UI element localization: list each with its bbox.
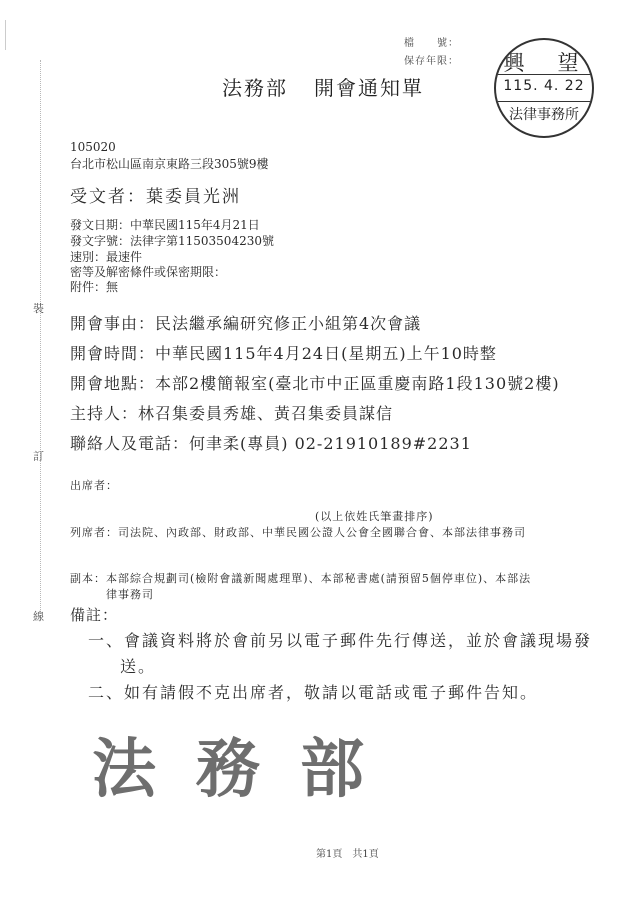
addressee: 受文者：葉委員光洲 bbox=[70, 182, 241, 207]
order-note: (以上依姓氏筆畫排序) bbox=[315, 508, 434, 524]
page-info: 第1頁 共1頁 bbox=[316, 845, 379, 860]
remark-item-1: 一、會議資料將於會前另以電子郵件先行傳送，並於會議現場發 bbox=[88, 628, 592, 651]
file-number-label: 檔 號： bbox=[404, 34, 459, 49]
meeting-time: 開會時間：中華民國115年4月24日(星期五)上午10時整 bbox=[70, 341, 497, 364]
remark-item-2: 二、如有請假不克出席者，敬請以電話或電子郵件告知。 bbox=[88, 680, 538, 703]
copies-line-1: 副本：本部綜合規劃司(檢附會議新聞處理單)、本部秘書處(請預留5個停車位)、本部… bbox=[70, 570, 531, 586]
remark-item-1-cont: 送。 bbox=[120, 654, 156, 677]
stamp-date: 115. 4. 22 bbox=[496, 78, 592, 94]
title-doc-type: 開會通知單 bbox=[314, 76, 424, 100]
copies-line-2: 律事務司 bbox=[106, 586, 154, 602]
remarks-label: 備註： bbox=[70, 604, 118, 625]
dispatch-number: 發文字號：法律字第11503504230號 bbox=[70, 232, 274, 249]
binding-mark-xian: 線 bbox=[33, 608, 44, 624]
recipient-address: 台北市松山區南京東路三段305號9樓 bbox=[70, 155, 269, 172]
addressee-name: 葉委員光洲 bbox=[146, 187, 241, 207]
attachment: 附件：無 bbox=[70, 278, 118, 295]
addressee-label: 受文者： bbox=[70, 187, 146, 207]
dispatch-date: 發文日期：中華民國115年4月21日 bbox=[70, 216, 260, 233]
meeting-contact: 聯絡人及電話：何聿柔(專員) 02-21910189#2231 bbox=[70, 431, 472, 454]
stamp-office: 法律事務所 bbox=[496, 104, 592, 124]
postal-code: 105020 bbox=[70, 140, 116, 154]
retention-label: 保存年限： bbox=[404, 52, 459, 67]
agency-seal: 法務部 bbox=[92, 718, 404, 810]
meeting-subject: 開會事由：民法繼承編研究修正小組第4次會議 bbox=[70, 311, 421, 334]
attendees-label: 出席者： bbox=[70, 477, 118, 493]
binding-mark-ding: 訂 bbox=[33, 448, 44, 464]
observers: 列席者：司法院、內政部、財政部、中華民國公證人公會全國聯合會、本部法律事務司 bbox=[70, 524, 526, 540]
meeting-location: 開會地點：本部2樓簡報室(臺北市中正區重慶南路1段130號2樓) bbox=[70, 371, 560, 394]
scan-mark bbox=[5, 20, 6, 50]
binding-mark-zhuang: 裝 bbox=[33, 300, 44, 316]
meeting-chair: 主持人：林召集委員秀雄、黃召集委員謀信 bbox=[70, 401, 393, 424]
title-agency: 法務部 bbox=[222, 76, 288, 100]
received-stamp: 興 望 115. 4. 22 法律事務所 bbox=[494, 38, 594, 138]
binding-line bbox=[40, 60, 41, 620]
stamp-name: 興 望 bbox=[496, 47, 592, 77]
page-title: 法務部開會通知單 bbox=[222, 72, 424, 101]
